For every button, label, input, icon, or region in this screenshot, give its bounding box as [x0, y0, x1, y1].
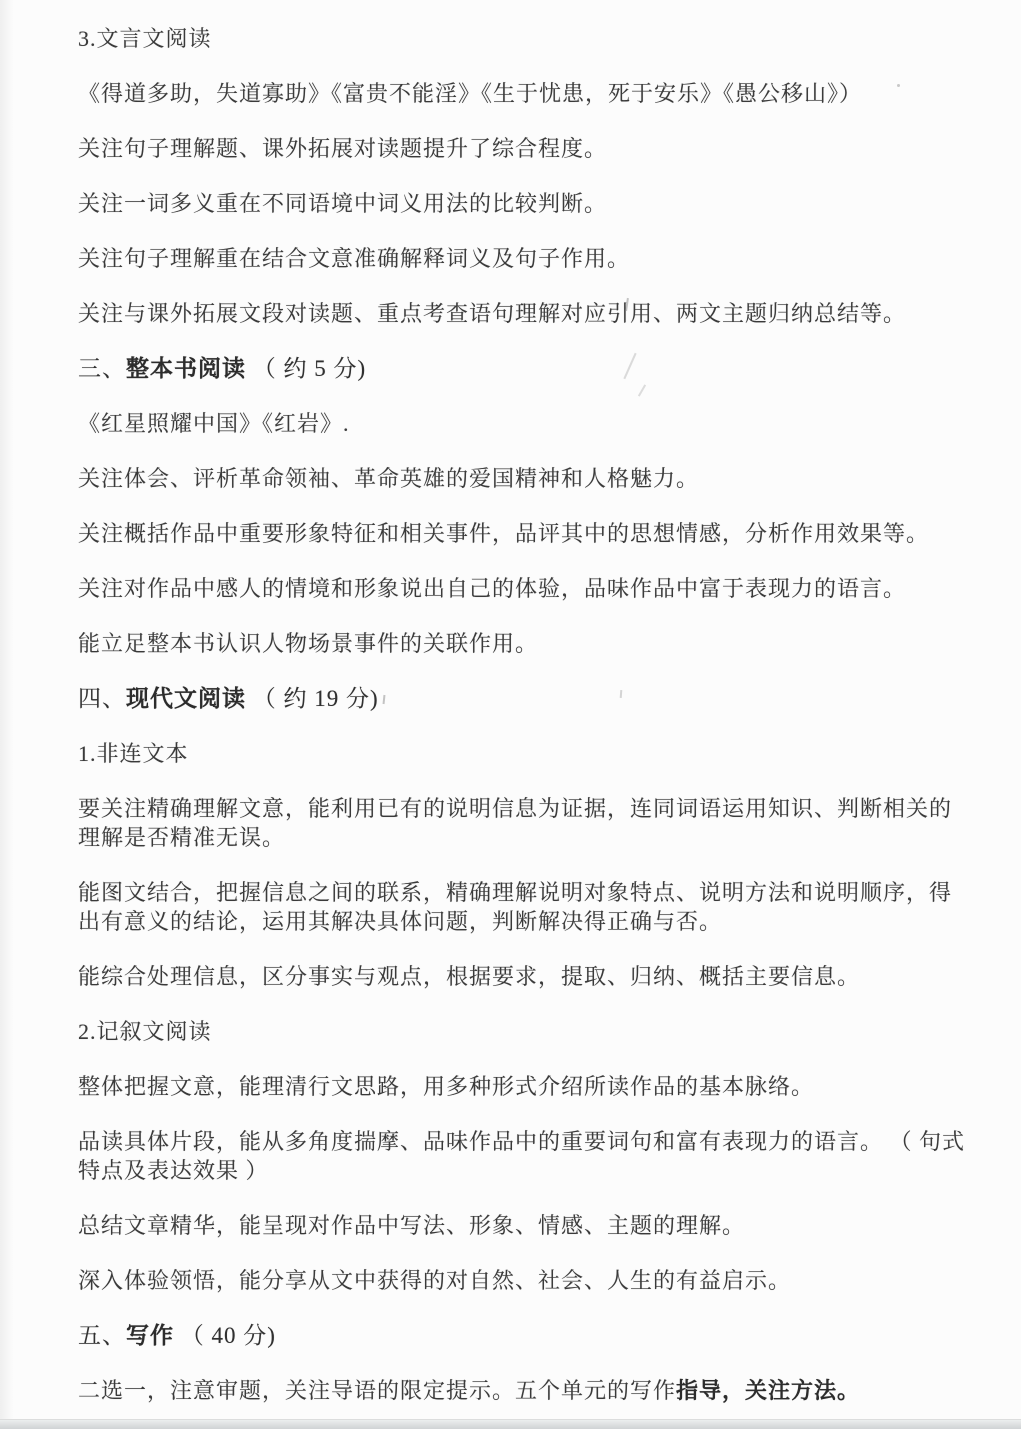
- text-run: 关注句子理解题、课外拓展对读题提升了综合程度。: [78, 136, 607, 161]
- section-heading: 五、写作 （ 40 分): [78, 1321, 983, 1350]
- text-run: 关注句子理解重在结合文意准确解释词义及句子作用。: [78, 246, 630, 271]
- text-run: 关注一词多义重在不同语境中词义用法的比较判断。: [78, 191, 607, 216]
- paragraph: 二选一，注意审题，关注导语的限定提示。五个单元的写作指导，关注方法。: [78, 1376, 983, 1405]
- scanner-edge-shadow: [0, 1419, 1021, 1429]
- paragraph: 总结文章精华，能呈现对作品中写法、形象、情感、主题的理解。: [78, 1211, 983, 1240]
- text-run: 《得道多助，失道寡助》《富贵不能淫》《生于忧患，死于安乐》《愚公移山》）: [78, 81, 862, 106]
- text-run: （ 约 19 分): [246, 686, 379, 711]
- text-run: 整体把握文意，能理清行文思路，用多种形式介绍所读作品的基本脉络。: [78, 1074, 814, 1099]
- text-run: 五、: [78, 1323, 126, 1348]
- text-run: 品读具体片段，能从多角度揣摩、品味作品中的重要词句和富有表现力的语言。 （ 句式…: [78, 1129, 965, 1183]
- paragraph: 3.文言文阅读: [78, 24, 983, 53]
- paragraph: 关注概括作品中重要形象特征和相关事件，品评其中的思想情感，分析作用效果等。: [78, 519, 983, 548]
- section-heading: 四、现代文阅读 （ 约 19 分): [78, 684, 983, 713]
- paragraph: 深入体验领悟，能分享从文中获得的对自然、社会、人生的有益启示。: [78, 1266, 983, 1295]
- text-run: 二选一，注意审题，关注导语的限定提示。五个单元的写作: [78, 1378, 676, 1403]
- paragraph: 能综合处理信息，区分事实与观点，根据要求，提取、归纳、概括主要信息。: [78, 962, 983, 991]
- scan-speck: [897, 84, 900, 87]
- section-heading: 三、整本书阅读 （ 约 5 分): [78, 354, 983, 383]
- paragraph: 整体把握文意，能理清行文思路，用多种形式介绍所读作品的基本脉络。: [78, 1072, 983, 1101]
- text-run: 整本书阅读: [126, 356, 246, 381]
- text-run: 要关注精确理解文意，能利用已有的说明信息为证据，连同词语运用知识、判断相关的 理…: [78, 796, 952, 850]
- scanned-document-page: 3.文言文阅读《得道多助，失道寡助》《富贵不能淫》《生于忧患，死于安乐》《愚公移…: [0, 0, 1021, 1429]
- text-run: 关注对作品中感人的情境和形象说出自己的体验，品味作品中富于表现力的语言。: [78, 576, 906, 601]
- paragraph: 关注体会、评析革命领袖、革命英雄的爱国精神和人格魅力。: [78, 464, 983, 493]
- text-run: 能立足整本书认识人物场景事件的关联作用。: [78, 631, 538, 656]
- text-run: 能综合处理信息，区分事实与观点，根据要求，提取、归纳、概括主要信息。: [78, 964, 860, 989]
- paragraph: 品读具体片段，能从多角度揣摩、品味作品中的重要词句和富有表现力的语言。 （ 句式…: [78, 1127, 983, 1185]
- text-run: 总结文章精华，能呈现对作品中写法、形象、情感、主题的理解。: [78, 1213, 745, 1238]
- text-run: 3.文言文阅读: [78, 26, 212, 51]
- text-run: 指导，关注方法。: [676, 1378, 860, 1403]
- paragraph: 关注句子理解题、课外拓展对读题提升了综合程度。: [78, 134, 983, 163]
- text-run: 《红星照耀中国》《红岩》.: [78, 411, 350, 436]
- text-run: 写作: [126, 1323, 174, 1348]
- paragraph: 《红星照耀中国》《红岩》.: [78, 409, 983, 438]
- text-run: （ 40 分): [174, 1323, 276, 1348]
- paragraph: 要关注精确理解文意，能利用已有的说明信息为证据，连同词语运用知识、判断相关的 理…: [78, 794, 983, 852]
- text-run: 关注与课外拓展文段对读题、重点考查语句理解对应引用、两文主题归纳总结等。: [78, 301, 906, 326]
- text-run: （ 约 5 分): [246, 356, 366, 381]
- paragraph: 关注对作品中感人的情境和形象说出自己的体验，品味作品中富于表现力的语言。: [78, 574, 983, 603]
- paragraph: 能立足整本书认识人物场景事件的关联作用。: [78, 629, 983, 658]
- paragraph: 1.非连文本: [78, 739, 983, 768]
- text-run: 1.非连文本: [78, 741, 189, 766]
- paragraph: 能图文结合，把握信息之间的联系，精确理解说明对象特点、说明方法和说明顺序，得 出…: [78, 878, 983, 936]
- text-run: 四、: [78, 686, 126, 711]
- text-run: 关注概括作品中重要形象特征和相关事件，品评其中的思想情感，分析作用效果等。: [78, 521, 929, 546]
- paragraph: 2.记叙文阅读: [78, 1017, 983, 1046]
- paragraph: 《得道多助，失道寡助》《富贵不能淫》《生于忧患，死于安乐》《愚公移山》）: [78, 79, 983, 108]
- paragraph: 关注与课外拓展文段对读题、重点考查语句理解对应引用、两文主题归纳总结等。: [78, 299, 983, 328]
- text-run: 关注体会、评析革命领袖、革命英雄的爱国精神和人格魅力。: [78, 466, 699, 491]
- text-run: 能图文结合，把握信息之间的联系，精确理解说明对象特点、说明方法和说明顺序，得 出…: [78, 880, 952, 934]
- document-body: 3.文言文阅读《得道多助，失道寡助》《富贵不能淫》《生于忧患，死于安乐》《愚公移…: [78, 24, 983, 1429]
- paragraph: 关注一词多义重在不同语境中词义用法的比较判断。: [78, 189, 983, 218]
- text-run: 三、: [78, 356, 126, 381]
- text-run: 2.记叙文阅读: [78, 1019, 212, 1044]
- paragraph: 关注句子理解重在结合文意准确解释词义及句子作用。: [78, 244, 983, 273]
- text-run: 深入体验领悟，能分享从文中获得的对自然、社会、人生的有益启示。: [78, 1268, 791, 1293]
- text-run: 现代文阅读: [126, 686, 246, 711]
